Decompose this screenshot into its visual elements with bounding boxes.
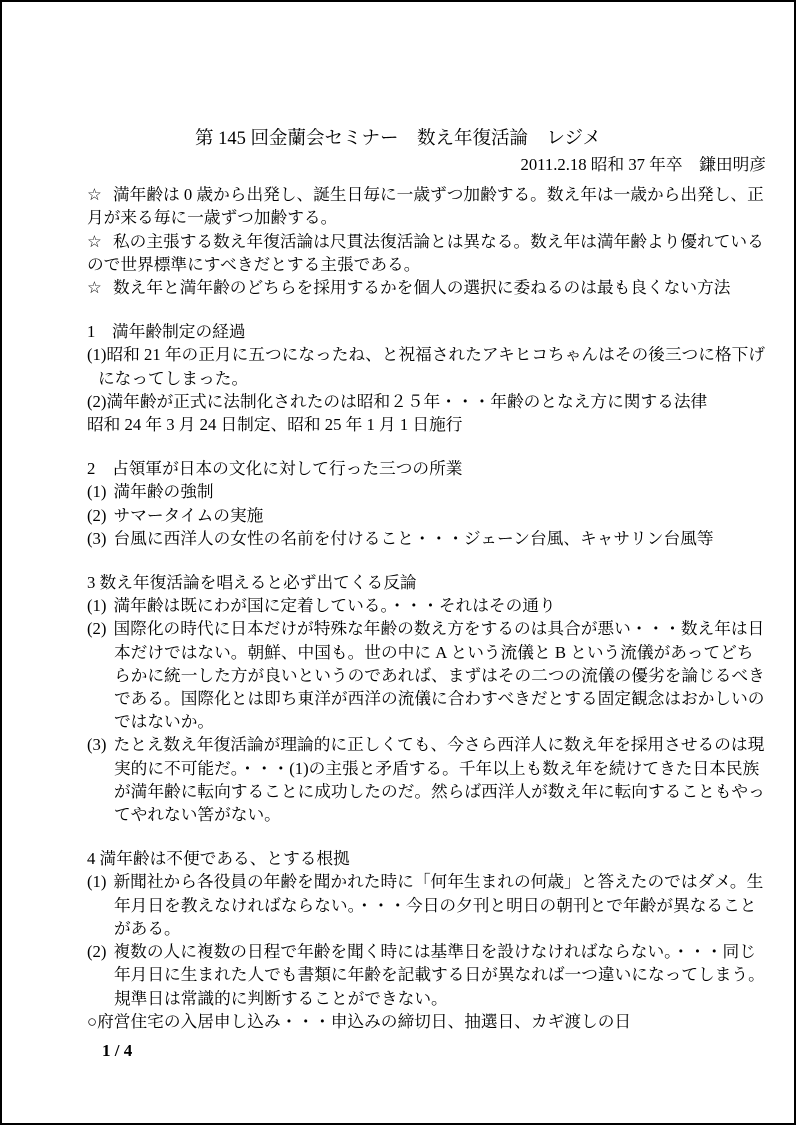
- intro-point-text: 数え年と満年齢のどちらを採用するかを個人の選択に委ねるのは最も良くない方法: [113, 278, 730, 297]
- section-4: 4 満年齢は不便である、とする根拠 (1)新聞社から各役員の年齢を聞かれた時に「…: [87, 847, 766, 1033]
- item-marker: (3): [87, 735, 113, 754]
- list-item: (1)満年齢は既にわが国に定着している。・・・それはその通り: [87, 594, 766, 617]
- section-2: 2 占領軍が日本の文化に対して行った三つの所業 (1)満年齢の強制 (2)サマー…: [87, 457, 766, 550]
- item-text: 満年齢は既にわが国に定着している。・・・それはその通り: [113, 596, 555, 615]
- item-marker: (1): [87, 345, 106, 364]
- item-text: 国際化の時代に日本だけが特殊な年齢の数え方をするのは具合が悪い・・・数え年は日本…: [113, 619, 764, 731]
- list-item: (2)国際化の時代に日本だけが特殊な年齢の数え方をするのは具合が悪い・・・数え年…: [87, 617, 766, 733]
- section-4-heading: 4 満年齢は不便である、とする根拠: [87, 847, 766, 870]
- item-marker: (2): [87, 942, 113, 961]
- list-item: (3)たとえ数え年復活論が理論的に正しくても、今さら西洋人に数え年を採用させるの…: [87, 733, 766, 826]
- intro-point: ☆満年齢は 0 歳から出発し、誕生日毎に一歳ずつ加齢する。数え年は一歳から出発し…: [87, 183, 766, 229]
- item-text: 満年齢の強制: [113, 482, 213, 501]
- item-text: 満年齢が正式に法制化されたのは昭和２５年・・・年齢のとなえ方に関する法律: [106, 392, 707, 411]
- section-3-heading: 3 数え年復活論を唱えると必ず出てくる反論: [87, 571, 766, 594]
- list-item: (2)満年齢が正式に法制化されたのは昭和２５年・・・年齢のとなえ方に関する法律: [87, 390, 766, 413]
- item-text: 複数の人に複数の日程で年齢を聞く時には基準日を設けなければならない。・・・同じ年…: [113, 942, 764, 1007]
- item-text: 台風に西洋人の女性の名前を付けること・・・ジェーン台風、キャサリン台風等: [113, 529, 713, 548]
- item-marker: (2): [87, 619, 113, 638]
- intro-point-text: 満年齢は 0 歳から出発し、誕生日毎に一歳ずつ加齢する。数え年は一歳から出発し、…: [87, 185, 764, 227]
- intro-point: ☆私の主張する数え年復活論は尺貫法復活論とは異なる。数え年は満年齢より優れている…: [87, 230, 766, 276]
- section-3: 3 数え年復活論を唱えると必ず出てくる反論 (1)満年齢は既にわが国に定着してい…: [87, 571, 766, 826]
- item-marker: (2): [87, 506, 113, 525]
- item-marker: (1): [87, 872, 113, 891]
- item-marker: (1): [87, 596, 113, 615]
- star-bullet-icon: ☆: [87, 278, 102, 297]
- item-text: サマータイムの実施: [113, 506, 263, 525]
- section-4-note: ○府営住宅の入居申し込み・・・申込みの締切日、抽選日、カギ渡しの日: [87, 1010, 766, 1033]
- item-marker: (1): [87, 482, 113, 501]
- section-2-heading: 2 占領軍が日本の文化に対して行った三つの所業: [87, 457, 766, 480]
- star-bullet-icon: ☆: [87, 185, 102, 204]
- section-1-note: 昭和 24 年 3 月 24 日制定、昭和 25 年 1 月 1 日施行: [87, 413, 766, 436]
- list-item: (3)台風に西洋人の女性の名前を付けること・・・ジェーン台風、キャサリン台風等: [87, 527, 766, 550]
- section-1: 1 満年齢制定の経過 (1)昭和 21 年の正月に五つになったね、と祝福されたア…: [87, 320, 766, 436]
- list-item: (2)複数の人に複数の日程で年齢を聞く時には基準日を設けなければならない。・・・…: [87, 940, 766, 1010]
- list-item: (1)新聞社から各役員の年齢を聞かれた時に「何年生まれの何歳」と答えたのではダメ…: [87, 870, 766, 940]
- document-byline: 2011.2.18 昭和 37 年卒 鎌田明彦: [87, 153, 766, 176]
- item-text: 新聞社から各役員の年齢を聞かれた時に「何年生まれの何歳」と答えたのではダメ。生年…: [113, 872, 763, 937]
- list-item: (1)満年齢の強制: [87, 480, 766, 503]
- document-content: 第 145 回金蘭会セミナー 数え年復活論 レジメ 2011.2.18 昭和 3…: [2, 2, 794, 1062]
- star-bullet-icon: ☆: [87, 232, 102, 251]
- list-item: (1)昭和 21 年の正月に五つになったね、と祝福されたアキヒコちゃんはその後三…: [87, 343, 766, 389]
- document-title: 第 145 回金蘭会セミナー 数え年復活論 レジメ: [4, 126, 792, 153]
- list-item: (2)サマータイムの実施: [87, 504, 766, 527]
- section-1-heading: 1 満年齢制定の経過: [87, 320, 766, 343]
- intro-point-text: 私の主張する数え年復活論は尺貫法復活論とは異なる。数え年は満年齢より優れているの…: [87, 232, 764, 274]
- item-marker: (3): [87, 529, 113, 548]
- intro-point: ☆数え年と満年齢のどちらを採用するかを個人の選択に委ねるのは最も良くない方法: [87, 276, 766, 299]
- item-text: たとえ数え年復活論が理論的に正しくても、今さら西洋人に数え年を採用させるのは現実…: [113, 735, 764, 824]
- page-number: 1 / 4: [102, 1039, 766, 1062]
- document-page: 第 145 回金蘭会セミナー 数え年復活論 レジメ 2011.2.18 昭和 3…: [0, 0, 796, 1125]
- item-marker: (2): [87, 392, 106, 411]
- intro-block: ☆満年齢は 0 歳から出発し、誕生日毎に一歳ずつ加齢する。数え年は一歳から出発し…: [87, 183, 766, 299]
- item-text: 昭和 21 年の正月に五つになったね、と祝福されたアキヒコちゃんはその後三つに格…: [98, 345, 765, 387]
